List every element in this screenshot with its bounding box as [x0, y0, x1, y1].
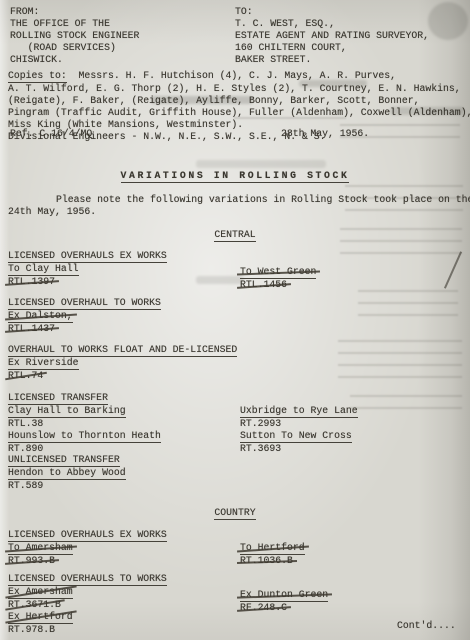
page-title-row: VARIATIONS IN ROLLING STOCK	[0, 170, 470, 183]
route-line: To Clay Hall	[8, 263, 240, 276]
fleet-number: RTL.74	[8, 370, 466, 382]
copies-line: Copies to: Messrs. H. F. Hutchison (4), …	[8, 70, 468, 83]
route-line: Ex Hertford	[8, 611, 240, 624]
variation-group: LICENSED OVERHAULS EX WORKS To Clay Hall…	[8, 250, 466, 291]
variation-group: OVERHAUL TO WORKS FLOAT AND DE-LICENSED …	[8, 344, 466, 382]
from-block: FROM: THE OFFICE OF THE ROLLING STOCK EN…	[10, 6, 139, 66]
route-line: Ex Dalston,	[8, 310, 466, 323]
route-line: Hendon to Abbey Wood	[8, 467, 466, 480]
from-line: THE OFFICE OF THE	[10, 18, 139, 30]
group-heading: LICENSED TRANSFER	[8, 392, 466, 405]
to-label: TO:	[235, 6, 429, 18]
variation-group: LICENSED OVERHAUL TO WORKS Ex Dalston, R…	[8, 297, 466, 335]
page-title: VARIATIONS IN ROLLING STOCK	[121, 170, 350, 183]
variation-group: LICENSED OVERHAULS EX WORKS To Amersham …	[8, 529, 466, 567]
to-line: 160 CHILTERN COURT,	[235, 42, 429, 54]
route-line: To Hertford	[240, 542, 466, 555]
copies-label: Copies to:	[8, 70, 67, 83]
section-heading-country: COUNTRY	[214, 507, 255, 520]
continued-note: Cont'd....	[397, 620, 456, 632]
fleet-number: RTL.38	[8, 418, 240, 430]
section-heading-central: CENTRAL	[214, 229, 255, 242]
scanned-memo-page: FROM: THE OFFICE OF THE ROLLING STOCK EN…	[0, 0, 470, 640]
copies-first-line: Messrs. H. F. Hutchison (4), C. J. Mays,…	[67, 70, 396, 81]
fleet-number: RTL.1437	[8, 323, 466, 335]
fleet-number: RTL.1456	[240, 279, 466, 291]
fleet-number: RTL.1397	[8, 276, 240, 288]
fleet-number: RT.3671.B	[8, 599, 240, 611]
fleet-number: RF.248.C	[240, 602, 466, 614]
route-line: Ex Dunton Green	[240, 589, 466, 602]
group-heading: UNLICENSED TRANSFER	[8, 454, 466, 467]
to-block: TO: T. C. WEST, ESQ., ESTATE AGENT AND R…	[235, 6, 429, 66]
fleet-number: RT.1036.B	[240, 555, 466, 567]
fleet-number: RT.2993	[240, 418, 466, 430]
copies-line: A. T. Wilford, E. G. Thorp (2), H. E. St…	[8, 83, 468, 95]
route-line: Sutton To New Cross	[240, 430, 466, 443]
route-line: Uxbridge to Rye Lane	[240, 405, 466, 418]
group-heading: LICENSED OVERHAULS TO WORKS	[8, 573, 466, 586]
variation-group: LICENSED TRANSFER Clay Hall to Barking R…	[8, 392, 466, 455]
group-heading: OVERHAUL TO WORKS FLOAT AND DE-LICENSED	[8, 344, 466, 357]
fleet-number: RT.589	[8, 480, 466, 492]
intro-paragraph: Please note the following variations in …	[8, 194, 466, 218]
route-line: Clay Hall to Barking	[8, 405, 240, 418]
route-line: Hounslow to Thornton Heath	[8, 430, 240, 443]
scan-smudge-artifact	[428, 2, 468, 40]
intro-line: 24th May, 1956.	[8, 206, 466, 218]
copies-line: Pingram (Traffic Audit, Griffith House),…	[8, 107, 468, 119]
group-heading: LICENSED OVERHAULS EX WORKS	[8, 250, 466, 263]
to-line: T. C. WEST, ESQ.,	[235, 18, 429, 30]
to-line: BAKER STREET.	[235, 54, 429, 66]
scan-smudge-artifact	[196, 160, 326, 168]
to-line: ESTATE AGENT AND RATING SURVEYOR,	[235, 30, 429, 42]
group-heading: LICENSED OVERHAULS EX WORKS	[8, 529, 466, 542]
route-line: To Amersham	[8, 542, 240, 555]
reference-number: Ref. C.16/4/MQ	[10, 128, 92, 140]
from-line: ROLLING STOCK ENGINEER	[10, 30, 139, 42]
group-heading: LICENSED OVERHAUL TO WORKS	[8, 297, 466, 310]
route-line: To West Green	[240, 266, 466, 279]
variation-group: UNLICENSED TRANSFER Hendon to Abbey Wood…	[8, 454, 466, 492]
document-date: 28th May, 1956.	[281, 128, 369, 140]
intro-line: Please note the following variations in …	[8, 194, 466, 206]
section-heading-country-row: COUNTRY	[0, 507, 470, 520]
fleet-number: RT.978.B	[8, 624, 240, 636]
route-line: Ex Riverside	[8, 357, 466, 370]
section-heading-central-row: CENTRAL	[0, 229, 470, 242]
copies-line: (Reigate), F. Baker, (Reigate), Ayliffe,…	[8, 95, 468, 107]
fleet-number: RT.993.B	[8, 555, 240, 567]
from-line: CHISWICK.	[10, 54, 139, 66]
from-label: FROM:	[10, 6, 139, 18]
from-line: (ROAD SERVICES)	[10, 42, 139, 54]
route-line: Ex Amersham	[8, 586, 240, 599]
